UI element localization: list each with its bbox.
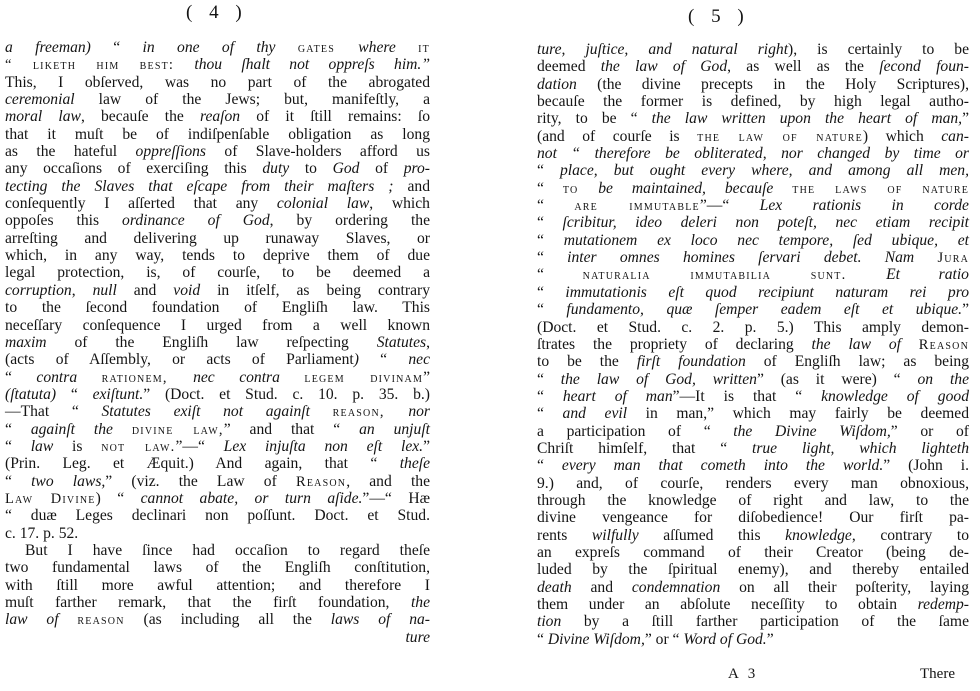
text-line: “ naturalia immutabilia sunt. Et ratio xyxy=(537,266,969,283)
text-line: with ſtill more awful attention; and the… xyxy=(5,577,430,594)
left-page: ( 4 ) a freeman) “ in one of thy gates w… xyxy=(0,0,490,691)
text-line: as the hateful oppreſſions of Slave-hold… xyxy=(5,143,430,160)
text-line: “ two laws,” (viz. the Law of Reason, an… xyxy=(5,473,430,490)
text-line: ture xyxy=(5,629,430,646)
text-line: arreſting and delivering up runaway Slav… xyxy=(5,230,430,247)
text-line: (Prin. Leg. et Æquit.) And again, that “… xyxy=(5,455,430,472)
text-line: any occaſions of exerciſing this duty to… xyxy=(5,160,430,177)
text-line: a freeman) “ in one of thy gates where i… xyxy=(5,39,430,56)
text-line: “ and evil in man,” which may fairly be … xyxy=(537,405,969,422)
text-line: conſequently I aſſerted that any colonia… xyxy=(5,195,430,212)
text-line: rity, to be “ the law written upon the h… xyxy=(537,110,969,127)
text-line: to be the firſt foundation of Engliſh la… xyxy=(537,353,969,370)
text-line: luded by the ſpiritual enemy), and there… xyxy=(537,561,969,578)
text-line: c. 17. p. 52. xyxy=(5,525,430,542)
text-line: oppoſes this ordinance of God, by orderi… xyxy=(5,212,430,229)
text-line: Law Divine) “ cannot abate, or turn aſid… xyxy=(5,490,430,507)
text-line: “ to be maintained, becauſe the laws of … xyxy=(537,180,969,197)
text-line: becauſe the former is defined, by high l… xyxy=(537,93,969,110)
page-number: ( 5 ) xyxy=(688,6,750,28)
text-line: This, I obſerved, was no part of the abr… xyxy=(5,74,430,91)
text-line: tion by a ſtill farther participation of… xyxy=(537,613,969,630)
text-line: “ mutationem ex loco nec tempore, ſed ub… xyxy=(537,232,969,249)
text-line: “ the law of God, written” (as it were) … xyxy=(537,371,969,388)
right-page: ( 5 ) ture, juſtice, and natural right),… xyxy=(490,0,980,691)
text-line: “ heart of man”—It is that “ knowledge o… xyxy=(537,388,969,405)
text-line: (acts of Aſſembly, or acts of Parliament… xyxy=(5,351,430,368)
text-line: “ law is not law.”—“ Lex injuſta non eſt… xyxy=(5,438,430,455)
text-line: “ are immutable”—“ Lex rationis in corde xyxy=(537,197,969,214)
text-line: to the ſecond foundation of Engliſh law.… xyxy=(5,299,430,316)
text-line: that it muſt be of indiſpenſable obligat… xyxy=(5,126,430,143)
text-line: neceſſary conſequence I urged from a wel… xyxy=(5,317,430,334)
text-line: maxim of the Engliſh law reſpecting Stat… xyxy=(5,334,430,351)
text-line: “ duæ Leges declinari non poſſunt. Doct.… xyxy=(5,507,430,524)
text-line: “ Divine Wiſdom,” or “ Word of God.” xyxy=(537,631,969,648)
text-line: them under an abſolute neceſſity to obta… xyxy=(537,596,969,613)
text-line: dation (the divine precepts in the Holy … xyxy=(537,76,969,93)
text-line: rents wilfully aſſumed this knowledge, c… xyxy=(537,527,969,544)
text-line: Chriſt himſelf, that “ true light, which… xyxy=(537,440,969,457)
text-line: muſt farther remark, that the firſt foun… xyxy=(5,594,430,611)
text-line: two fundamental laws of the Engliſh conſ… xyxy=(5,559,430,576)
body-text: a freeman) “ in one of thy gates where i… xyxy=(5,39,430,646)
text-line: “ liketh him best: thou ſhalt not oppreſ… xyxy=(5,56,430,73)
text-line: an expreſs command of their Creator (bei… xyxy=(537,544,969,561)
text-line: ceremonial law of the Jews; but, manifeſ… xyxy=(5,91,430,108)
body-text: ture, juſtice, and natural right), is ce… xyxy=(537,41,969,648)
text-line: —That “ Statutes exiſt not againſt reaso… xyxy=(5,403,430,420)
text-line: tecting the Slaves that eſcape from thei… xyxy=(5,178,430,195)
text-line: which, in any way, tends to deprive them… xyxy=(5,247,430,264)
text-line: ſtrates the propriety of declaring the l… xyxy=(537,336,969,353)
text-line: (ſtatuta) “ exiſtunt.” (Doct. et Stud. c… xyxy=(5,386,430,403)
text-line: death and condemnation on all their poſt… xyxy=(537,579,969,596)
text-line: “ every man that cometh into the world.”… xyxy=(537,457,969,474)
text-line: “ inter omnes homines ſervari debet. Nam… xyxy=(537,249,969,266)
text-line: “ contra rationem, nec contra legem divi… xyxy=(5,369,430,386)
text-line: a participation of “ the Divine Wiſdom,”… xyxy=(537,423,969,440)
text-line: (and of courſe is the law of nature) whi… xyxy=(537,128,969,145)
text-line: not “ therefore be obliterated, nor chan… xyxy=(537,145,969,162)
text-line: ture, juſtice, and natural right), is ce… xyxy=(537,41,969,58)
text-line: law of reason (as including all the laws… xyxy=(5,611,430,628)
text-line: (Doct. et Stud. c. 2. p. 5.) This amply … xyxy=(537,319,969,336)
text-line: legal protection, is, of courſe, to be d… xyxy=(5,264,430,281)
text-line: “ fundamento, quæ ſemper eadem eſt et ub… xyxy=(537,301,969,318)
text-line: “ place, but ought every where, and amon… xyxy=(537,162,969,179)
text-line: “ immutationis eſt quod recipiunt natura… xyxy=(537,284,969,301)
text-line: “ ſcribitur, ideo deleri non poteſt, nec… xyxy=(537,214,969,231)
text-line: 9.) and, of courſe, renders every man ob… xyxy=(537,475,969,492)
text-line: corruption, null and void in itſelf, as … xyxy=(5,282,430,299)
text-line: But I have ſince had occaſion to regard … xyxy=(5,542,430,559)
text-line: divine vengeance for diſobedience! Our f… xyxy=(537,509,969,526)
catchword: There xyxy=(920,666,955,683)
signature-mark: A 3 xyxy=(728,666,758,683)
text-line: moral law, becauſe the reaſon of it ſtil… xyxy=(5,108,430,125)
text-line: through the knowledge of right and law, … xyxy=(537,492,969,509)
text-line: deemed the law of God, as well as the ſe… xyxy=(537,58,969,75)
page-number: ( 4 ) xyxy=(186,2,248,24)
text-line: “ againſt the divine law,” and that “ an… xyxy=(5,421,430,438)
